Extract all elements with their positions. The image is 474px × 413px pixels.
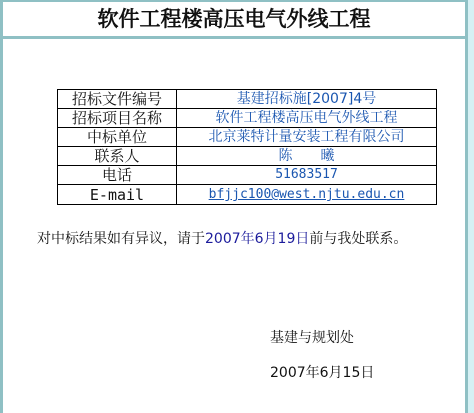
notice-suffix: 前与我处联系。 — [309, 231, 407, 247]
label-winning-bidder: 中标单位 — [58, 128, 177, 147]
value-phone: 51683517 — [177, 166, 437, 185]
award-info-table: 招标文件编号 基建招标施[2007]4号 招标项目名称 软件工程楼高压电气外线工… — [57, 89, 437, 205]
label-tender-number: 招标文件编号 — [58, 90, 177, 109]
table-row: 电话 51683517 — [58, 166, 437, 185]
signature-department: 基建与规划处 — [270, 327, 354, 347]
value-email: bfjjc100@west.njtu.edu.cn — [177, 185, 437, 205]
value-contact: 陈 曦 — [177, 147, 437, 166]
table-row: E-mail bfjjc100@west.njtu.edu.cn — [58, 185, 437, 205]
notice-deadline: 2007年6月19日 — [205, 231, 309, 247]
announcement-frame: 软件工程楼高压电气外线工程 — [0, 0, 468, 413]
page-title: 软件工程楼高压电气外线工程 — [3, 2, 465, 39]
value-tender-number: 基建招标施[2007]4号 — [177, 90, 437, 109]
value-winning-bidder: 北京莱特计量安装工程有限公司 — [177, 128, 437, 147]
label-email: E-mail — [58, 185, 177, 205]
notice-prefix: 对中标结果如有异议，请于 — [37, 231, 205, 247]
objection-notice: 对中标结果如有异议，请于2007年6月19日前与我处联系。 — [37, 228, 407, 248]
label-phone: 电话 — [58, 166, 177, 185]
table-row: 联系人 陈 曦 — [58, 147, 437, 166]
label-contact: 联系人 — [58, 147, 177, 166]
email-link[interactable]: bfjjc100@west.njtu.edu.cn — [209, 187, 405, 202]
window-edge-strip — [468, 0, 474, 413]
table-row: 招标项目名称 软件工程楼高压电气外线工程 — [58, 109, 437, 128]
label-project-name: 招标项目名称 — [58, 109, 177, 128]
table-row: 中标单位 北京莱特计量安装工程有限公司 — [58, 128, 437, 147]
signature-date: 2007年6月15日 — [270, 362, 374, 382]
value-project-name: 软件工程楼高压电气外线工程 — [177, 109, 437, 128]
table-row: 招标文件编号 基建招标施[2007]4号 — [58, 90, 437, 109]
